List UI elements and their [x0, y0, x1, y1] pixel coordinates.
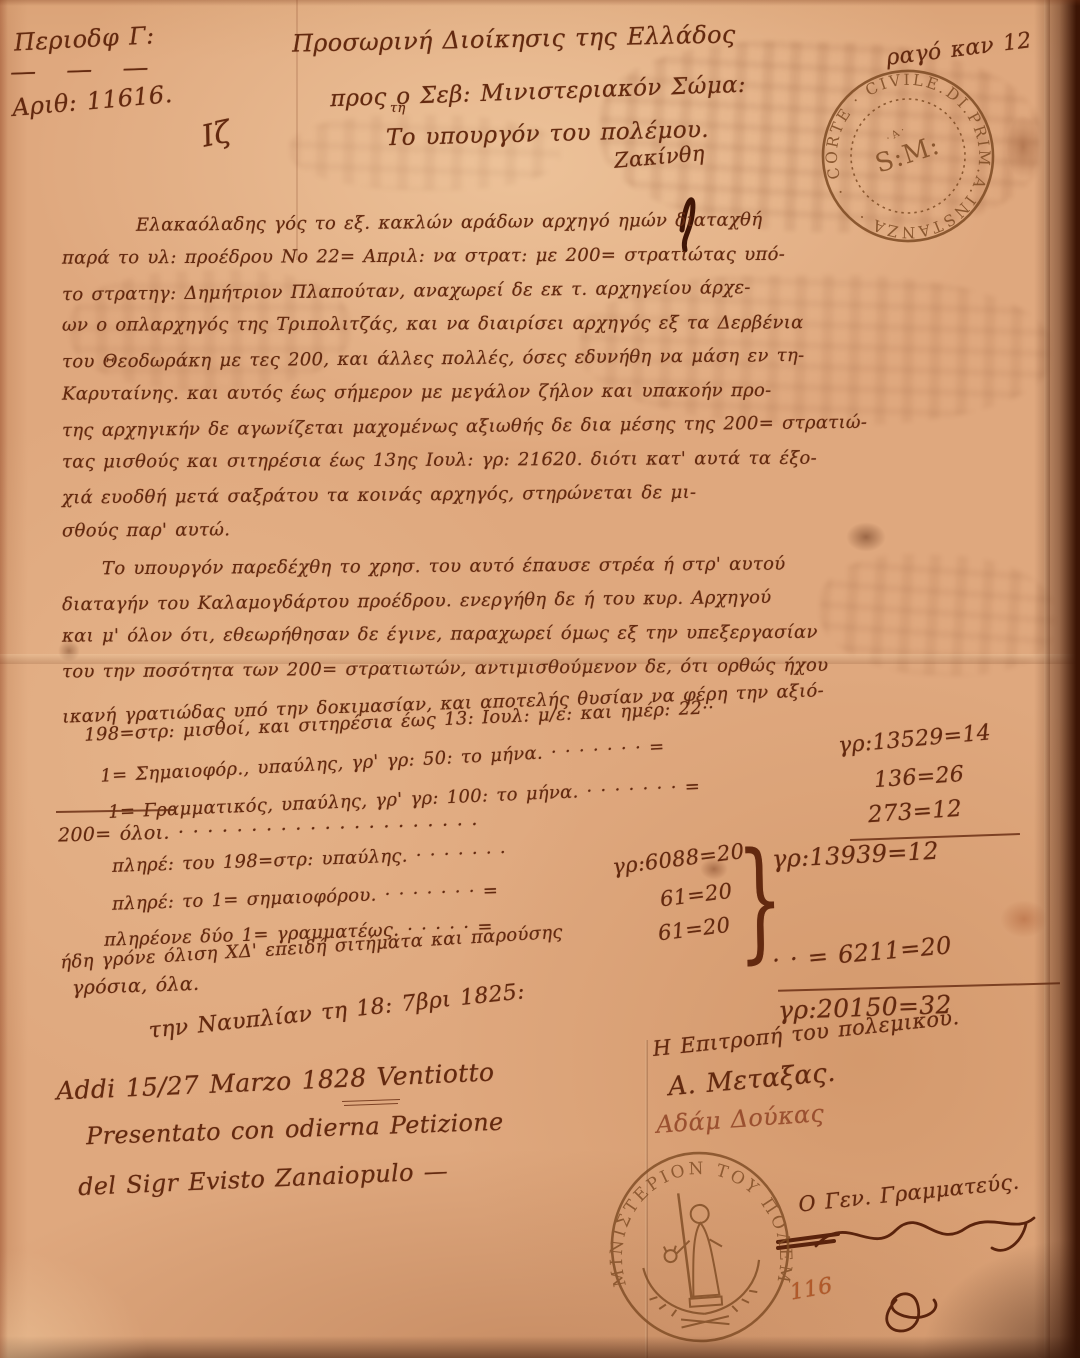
underline-1828	[344, 1103, 398, 1106]
registration-line: del Sigr Evisto Zanaiopulo —	[78, 1158, 449, 1201]
header-superscript: τη	[390, 102, 406, 116]
underline-1828	[342, 1099, 400, 1102]
ministry-stamp: ΜΙΝΙΣΤΕΡΙΟΝ ΤΟΥ ΠΟΛΕΜΟΥ	[599, 1142, 800, 1353]
athena-figure	[638, 1188, 763, 1330]
signature-doukas: Αδάμ Δούκας	[655, 1100, 825, 1138]
body-line: χιά ευοδθή μετά σαξράτου τα κοινάς αρχηγ…	[62, 480, 1076, 509]
account-subtotal: γρ:13939=12	[771, 838, 939, 873]
payment-row-amount: 61=20	[657, 914, 732, 946]
paragraph-mark: Ιζ	[199, 115, 234, 153]
registry-number: Αριθ: 11616.	[11, 81, 173, 121]
account-row-amount: 136=26	[873, 763, 965, 793]
page-edge-top	[0, 0, 1080, 6]
account-row-amount: γρ:13529=14	[837, 721, 992, 758]
body-line: τας μισθούς και σιτηρέσια έως 13ης Ιουλ:…	[62, 447, 1076, 472]
body-line: σθούς παρ' αυτώ.	[62, 514, 1076, 541]
body-line: παρά το υλ: προέδρου Νο 22= Απριλ: να στ…	[62, 243, 1076, 268]
registry-period: Περιοδφ Γ:	[13, 22, 155, 56]
page-edge-left	[0, 0, 8, 1358]
court-stamp-center-text: S:M:	[872, 131, 944, 180]
body-line: ων ο οπλαρχηγός της Τριπολιτζάς, και να …	[62, 312, 1076, 335]
date-line: την Ναυπλίαν τη 18: 7βρι 1825:	[148, 980, 526, 1044]
body-line: της αρχηγικήν δε αγωνίζεται μαχομένως αξ…	[62, 411, 1076, 441]
payment-row-label: πληρέ: το 1= σημαιοφόρου. · · · · · · · …	[112, 881, 499, 914]
account-row-amount: 273=12	[867, 797, 963, 829]
page-corner-bottom-left	[0, 1248, 150, 1358]
payment-row-amount: 61=20	[659, 880, 734, 912]
account-note: γρόσια, όλα.	[72, 974, 200, 999]
header-administration: Προσωρινή Διοίκησις της Ελλάδος	[292, 21, 736, 57]
account-row-label: 1= Σημαιοφόρ., υπαύλης, γρ' γρ: 50: το μ…	[100, 737, 665, 786]
registration-line: Addi 15/27 Marzo 1828 Ventiotto	[56, 1058, 495, 1105]
payment-row-label: πληρέ: του 198=στρ: υπαύλης. · · · · · ·…	[112, 843, 507, 877]
manuscript-page: Περιοδφ Γ: — — — Αριθ: 11616. Προσωρινή …	[0, 0, 1080, 1358]
payments-total: · · = 6211=20	[771, 932, 953, 974]
registration-line: Presentato con odierna Petizione	[86, 1109, 504, 1150]
stain	[1000, 900, 1048, 938]
svg-text:ΜΙΝΙΣΤΕΡΙΟΝ ΤΟΥ ΠΟΛΕΜΟΥ: ΜΙΝΙΣΤΕΡΙΟΝ ΤΟΥ ΠΟΛΕΜΟΥ	[599, 1142, 797, 1300]
signature-metaxas: Α. Μεταξας.	[667, 1059, 837, 1102]
secretary-signature-flourish	[776, 1204, 1046, 1344]
ministry-stamp-ring-text: ΜΙΝΙΣΤΕΡΙΟΝ ΤΟΥ ΠΟΛΕΜΟΥ	[599, 1142, 797, 1300]
